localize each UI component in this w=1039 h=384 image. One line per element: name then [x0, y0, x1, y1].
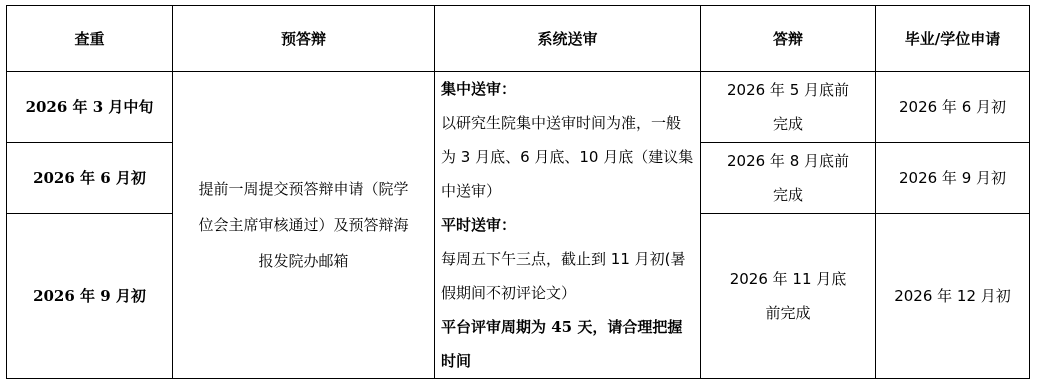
- defense-time: 2026 年 8 月底前 完成: [701, 143, 876, 214]
- schedule-table: 查重 预答辩 系统送审 答辩 毕业/学位申请 2026 年 3 月中旬 提前一周…: [6, 5, 1030, 379]
- review-period-note: 时间: [441, 344, 694, 378]
- central-review-text: 中送审）: [441, 174, 694, 208]
- header-pre-defense: 预答辩: [173, 6, 435, 72]
- defense-time: 2026 年 5 月底前 完成: [701, 72, 876, 143]
- pre-defense-cell: 提前一周提交预答辩申请（院学 位会主席审核通过）及预答辩海 报发院办邮箱: [173, 72, 435, 379]
- system-review-cell: 集中送审： 以研究生院集中送审时间为准，一般 为 3 月底、6 月底、10 月底…: [435, 72, 701, 379]
- pre-defense-line: 提前一周提交预答辩申请（院学: [179, 171, 428, 207]
- pre-defense-line: 报发院办邮箱: [179, 243, 428, 279]
- central-review-title: 集中送审：: [441, 72, 694, 106]
- graduation-time: 2026 年 9 月初: [876, 143, 1030, 214]
- check-time: 2026 年 9 月初: [7, 214, 173, 379]
- defense-line: 2026 年 8 月底前: [707, 144, 869, 178]
- central-review-text: 以研究生院集中送审时间为准，一般: [441, 106, 694, 140]
- table-row: 2026 年 3 月中旬 提前一周提交预答辩申请（院学 位会主席审核通过）及预答…: [7, 72, 1030, 143]
- defense-time: 2026 年 11 月底 前完成: [701, 214, 876, 379]
- defense-line: 2026 年 11 月底: [707, 262, 869, 296]
- review-period-note: 平台评审周期为 45 天，请合理把握: [441, 310, 694, 344]
- defense-line: 完成: [707, 107, 869, 141]
- graduation-time: 2026 年 12 月初: [876, 214, 1030, 379]
- regular-review-text: 每周五下午三点，截止到 11 月初(暑: [441, 242, 694, 276]
- header-system-review: 系统送审: [435, 6, 701, 72]
- header-graduation: 毕业/学位申请: [876, 6, 1030, 72]
- central-review-text: 为 3 月底、6 月底、10 月底（建议集: [441, 140, 694, 174]
- check-time: 2026 年 6 月初: [7, 143, 173, 214]
- defense-line: 前完成: [707, 296, 869, 330]
- header-defense: 答辩: [701, 6, 876, 72]
- header-row: 查重 预答辩 系统送审 答辩 毕业/学位申请: [7, 6, 1030, 72]
- graduation-time: 2026 年 6 月初: [876, 72, 1030, 143]
- check-time: 2026 年 3 月中旬: [7, 72, 173, 143]
- defense-line: 完成: [707, 178, 869, 212]
- defense-line: 2026 年 5 月底前: [707, 73, 869, 107]
- regular-review-title: 平时送审：: [441, 208, 694, 242]
- pre-defense-line: 位会主席审核通过）及预答辩海: [179, 207, 428, 243]
- regular-review-text: 假期间不初评论文）: [441, 276, 694, 310]
- header-check: 查重: [7, 6, 173, 72]
